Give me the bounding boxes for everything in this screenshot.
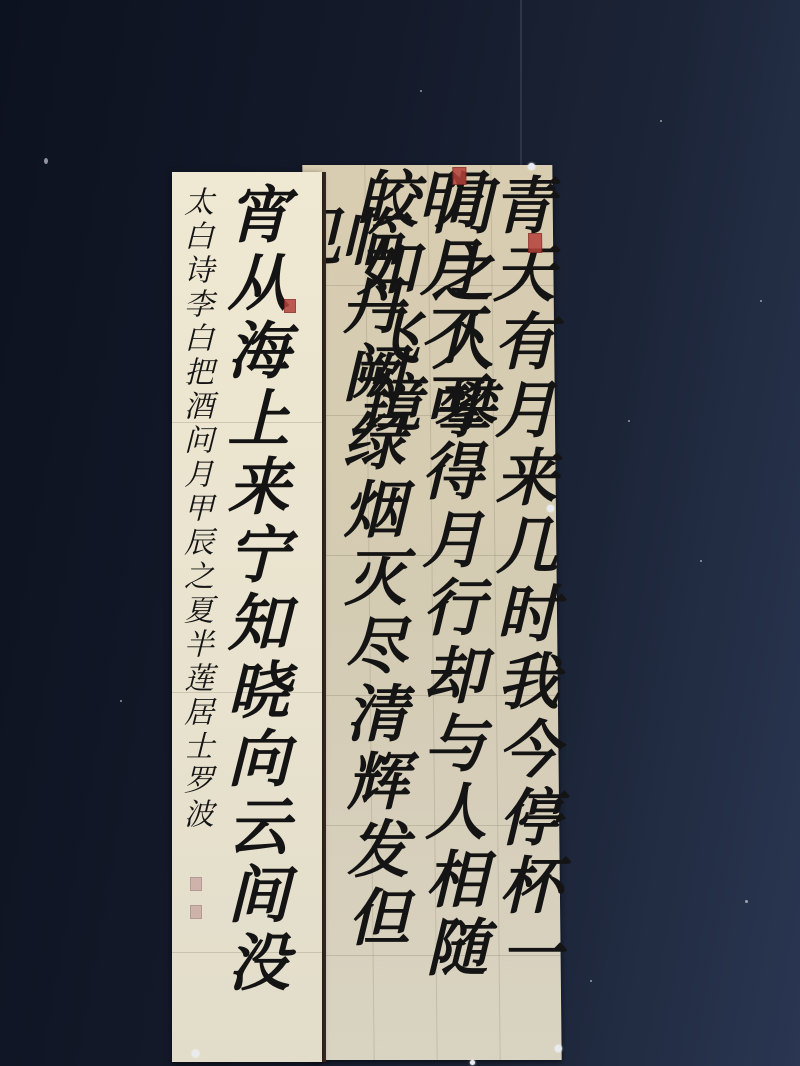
seal-stamp bbox=[190, 877, 202, 891]
wall-speck bbox=[590, 980, 592, 982]
wall-speck bbox=[745, 900, 748, 903]
seal-stamp bbox=[452, 167, 466, 185]
wall-speck bbox=[44, 158, 48, 164]
wall-speck bbox=[760, 300, 762, 302]
wall-speck bbox=[700, 560, 702, 562]
seal-stamp bbox=[528, 233, 542, 253]
seal-stamp bbox=[284, 299, 296, 313]
seal-stamp bbox=[190, 905, 202, 919]
wall-speck bbox=[420, 90, 422, 92]
calligraphy-column: 宵从海上来宁知晓向云间没 bbox=[222, 182, 284, 1042]
wall-speck bbox=[628, 420, 630, 422]
push-pin bbox=[555, 1045, 562, 1052]
wall-seam bbox=[520, 0, 522, 170]
inscription-column: 太白诗李白把酒问月甲辰之夏半莲居士罗波 bbox=[180, 186, 210, 886]
left-calligraphy-scroll: 太白诗李白把酒问月甲辰之夏半莲居士罗波 宵从海上来宁知晓向云间没 bbox=[172, 172, 322, 1062]
scroll-gap bbox=[322, 172, 326, 1062]
push-pin bbox=[547, 505, 554, 512]
wall-speck bbox=[120, 700, 122, 702]
push-pin bbox=[528, 163, 535, 170]
push-pin bbox=[192, 1050, 199, 1057]
push-pin bbox=[470, 1060, 475, 1065]
wall-speck bbox=[660, 120, 662, 122]
right-calligraphy-scroll: 青天有月来几时我今停杯一问之人攀 明月不可得月行却与人相随皎如飞镜 临丹阙绿烟灭… bbox=[302, 165, 561, 1060]
